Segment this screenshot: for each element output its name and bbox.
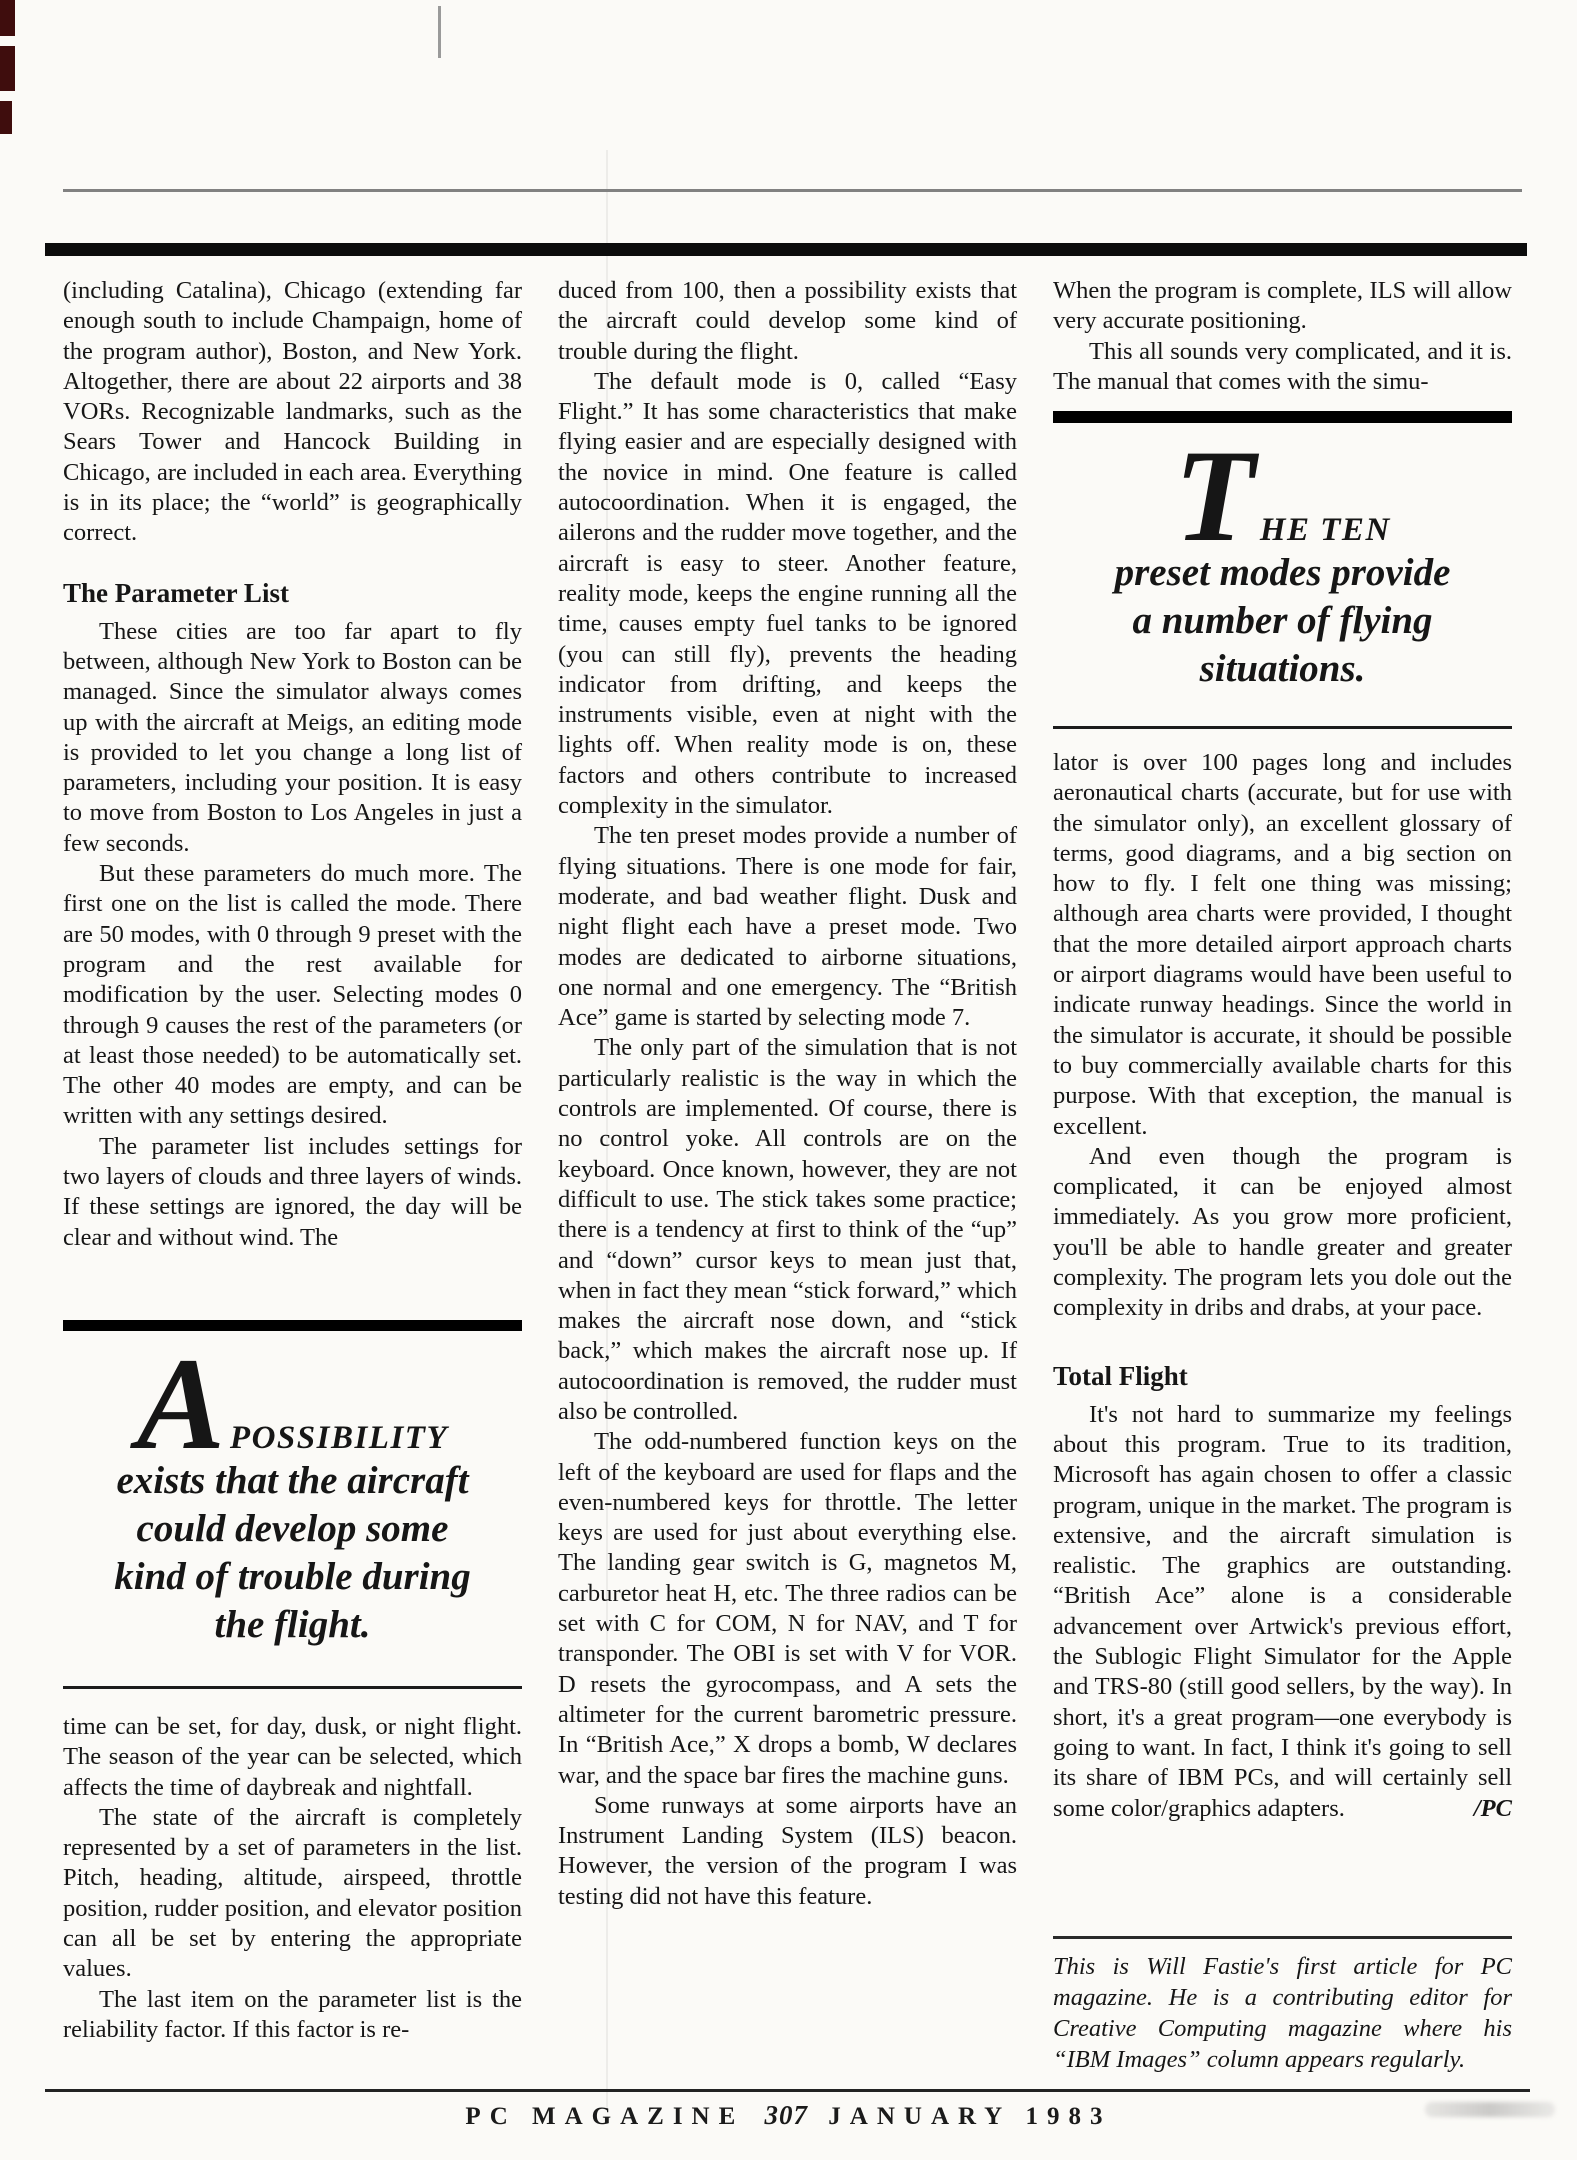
pull-quote-line: could develop some bbox=[63, 1505, 522, 1553]
scan-artifact bbox=[0, 46, 15, 91]
paragraph: This all sounds very complicated, and it… bbox=[1053, 337, 1512, 398]
column-3-bottom: lator is over 100 pages long and include… bbox=[1053, 748, 1512, 1824]
pull-quote-lead: POSSIBILITY bbox=[230, 1420, 448, 1457]
paragraph: The state of the aircraft is completely … bbox=[63, 1803, 522, 1985]
top-thick-rule bbox=[45, 243, 1527, 256]
author-bio: This is Will Fastie's first article for … bbox=[1053, 1936, 1512, 2075]
scan-artifact bbox=[0, 101, 12, 134]
pull-quote-line: situations. bbox=[1053, 645, 1512, 693]
paragraph-text: It's not hard to summarize my feelings a… bbox=[1053, 1401, 1512, 1822]
pull-quote-possibility: A POSSIBILITY exists that the aircraft c… bbox=[63, 1320, 522, 1649]
drop-cap: A bbox=[137, 1353, 223, 1456]
faint-stamp-mark bbox=[1425, 2102, 1555, 2117]
paragraph: The last item on the parameter list is t… bbox=[63, 1985, 522, 2046]
page-footer: PC MAGAZINE 307 JANUARY 1983 bbox=[0, 2100, 1577, 2131]
paragraph: time can be set, for day, dusk, or night… bbox=[63, 1712, 522, 1803]
scan-artifact-tick bbox=[438, 6, 441, 58]
paragraph: These cities are too far apart to fly be… bbox=[63, 617, 522, 859]
paragraph: When the program is complete, ILS will a… bbox=[1053, 276, 1512, 337]
paragraph: And even though the program is complicat… bbox=[1053, 1142, 1512, 1324]
pull-quote-ten-modes: T HE TEN preset modes provide a number o… bbox=[1053, 411, 1512, 693]
section-heading: Total Flight bbox=[1053, 1360, 1512, 1392]
footer-date: JANUARY 1983 bbox=[828, 2103, 1111, 2130]
pull-quote-line: exists that the aircraft bbox=[63, 1457, 522, 1505]
paragraph: The odd-numbered function keys on the le… bbox=[558, 1427, 1017, 1791]
column-1-bottom: time can be set, for day, dusk, or night… bbox=[63, 1712, 522, 2045]
paragraph: The only part of the simulation that is … bbox=[558, 1033, 1017, 1427]
paragraph: lator is over 100 pages long and include… bbox=[1053, 748, 1512, 1142]
footer-magazine-name: PC MAGAZINE bbox=[465, 2103, 744, 2130]
pull-quote-bottom-rule bbox=[63, 1686, 522, 1689]
column-3-top: When the program is complete, ILS will a… bbox=[1053, 276, 1512, 397]
paragraph: duced from 100, then a possibility exist… bbox=[558, 276, 1017, 367]
pull-quote-line: the flight. bbox=[63, 1601, 522, 1649]
pull-quote-first-line: T HE TEN bbox=[1053, 445, 1512, 549]
paragraph: But these parameters do much more. The f… bbox=[63, 859, 522, 1132]
paragraph: Some runways at some airports have an In… bbox=[558, 1791, 1017, 1912]
bio-text: This is Will Fastie's first article for … bbox=[1053, 1951, 1512, 2075]
pull-quote-line: kind of trouble during bbox=[63, 1553, 522, 1601]
paragraph: The ten preset modes provide a number of… bbox=[558, 821, 1017, 1033]
column-2: duced from 100, then a possibility exist… bbox=[558, 276, 1017, 1912]
paragraph: The parameter list includes settings for… bbox=[63, 1132, 522, 1253]
paragraph: It's not hard to summarize my feelings a… bbox=[1053, 1400, 1512, 1824]
article-end-mark: /PC bbox=[1438, 1794, 1512, 1824]
top-thin-rule bbox=[63, 189, 1522, 192]
paragraph: The default mode is 0, called “Easy Flig… bbox=[558, 367, 1017, 821]
footer-page-number: 307 bbox=[765, 2100, 809, 2130]
magazine-page: (including Catalina), Chicago (extending… bbox=[0, 0, 1577, 2160]
pull-quote-bottom-rule bbox=[1053, 726, 1512, 729]
column-1-top: (including Catalina), Chicago (extending… bbox=[63, 276, 522, 1253]
scan-artifact bbox=[0, 0, 15, 36]
paragraph: (including Catalina), Chicago (extending… bbox=[63, 276, 522, 549]
footer-rule bbox=[45, 2089, 1530, 2092]
pull-quote-first-line: A POSSIBILITY bbox=[63, 1353, 522, 1457]
drop-cap: T bbox=[1174, 445, 1253, 548]
pull-quote-line: preset modes provide bbox=[1053, 549, 1512, 597]
pull-quote-line: a number of flying bbox=[1053, 597, 1512, 645]
pull-quote-lead: HE TEN bbox=[1260, 512, 1391, 549]
section-heading: The Parameter List bbox=[63, 577, 522, 609]
